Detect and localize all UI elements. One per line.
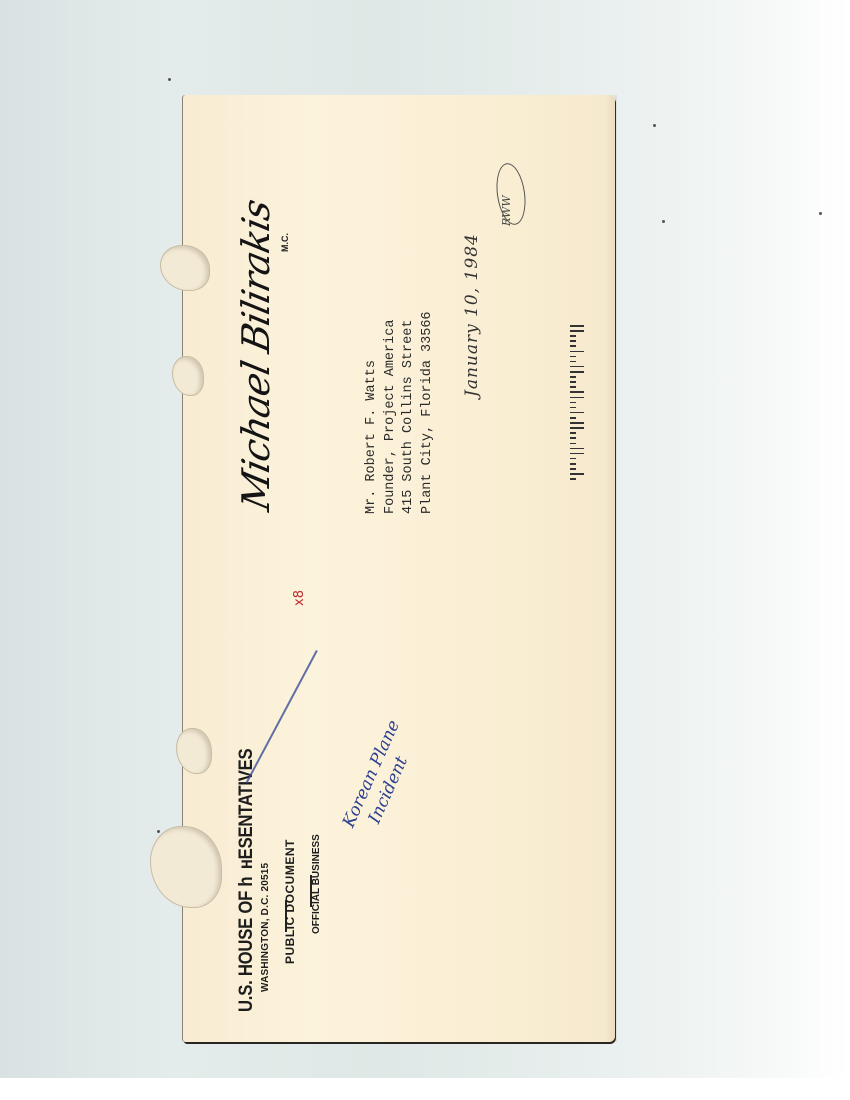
barcode-bar: [570, 453, 584, 455]
red-tally-mark: x8: [292, 590, 307, 606]
barcode-bar: [570, 437, 576, 439]
recipient-line: Founder, Project America: [382, 311, 401, 514]
handwritten-initials: RWW: [500, 195, 513, 226]
barcode-bar: [570, 432, 576, 434]
dust-speck: [157, 830, 160, 833]
recipient-line: 415 South Collins Street: [400, 311, 419, 514]
barcode-bar: [570, 340, 576, 342]
barcode-bar: [570, 361, 576, 363]
barcode-bar: [570, 402, 576, 404]
barcode-bar: [570, 473, 584, 475]
barcode-bar: [570, 345, 576, 347]
barcode-bar: [570, 407, 576, 409]
torn-edge: [150, 826, 222, 908]
barcode-bar: [570, 351, 584, 353]
barcode-bar: [570, 397, 584, 399]
dust-speck: [653, 124, 656, 127]
barcode-bar: [570, 335, 576, 337]
barcode-bar: [570, 478, 576, 480]
barcode-bar: [570, 468, 576, 470]
dust-speck: [819, 212, 822, 215]
dust-speck: [662, 220, 665, 223]
barcode-bar: [570, 386, 576, 388]
barcode-bar: [570, 463, 576, 465]
sender-title: U.S. HOUSE OF h ʜESENTATIVES: [236, 749, 258, 1012]
handwritten-date: January 10, 1984: [462, 233, 482, 397]
barcode-bar: [570, 325, 584, 327]
torn-edge: [176, 728, 212, 774]
barcode-bar: [570, 391, 584, 393]
barcode-bar: [570, 366, 584, 368]
divider-rule: [285, 900, 287, 932]
frank-signature: Michael Bilirakis: [234, 196, 278, 514]
postal-barcode: [570, 325, 584, 480]
barcode-bar: [570, 448, 584, 450]
return-address: U.S. HOUSE OF h ʜESENTATIVES WASHINGTON,…: [236, 713, 322, 1012]
barcode-bar: [570, 422, 584, 424]
barcode-bar: [570, 443, 576, 445]
barcode-bar: [570, 427, 584, 429]
divider-rule: [310, 875, 312, 907]
barcode-bar: [570, 458, 576, 460]
barcode-bar: [570, 381, 576, 383]
recipient-line: Plant City, Florida 33566: [419, 311, 438, 514]
torn-edge: [172, 356, 204, 396]
torn-edge: [160, 245, 210, 291]
recipient-line: Mr. Robert F. Watts: [363, 311, 382, 514]
official-business-label: OFFICIAL BUSINESS: [311, 713, 322, 934]
dust-speck: [168, 78, 171, 81]
barcode-bar: [570, 330, 584, 332]
barcode-bar: [570, 417, 576, 419]
scan-bottom-margin: [0, 1078, 850, 1100]
barcode-bar: [570, 412, 584, 414]
frank-suffix: M.C.: [280, 233, 290, 252]
recipient-address: Mr. Robert F. Watts Founder, Project Ame…: [363, 311, 437, 514]
barcode-bar: [570, 371, 584, 373]
barcode-bar: [570, 376, 576, 378]
barcode-bar: [570, 356, 576, 358]
